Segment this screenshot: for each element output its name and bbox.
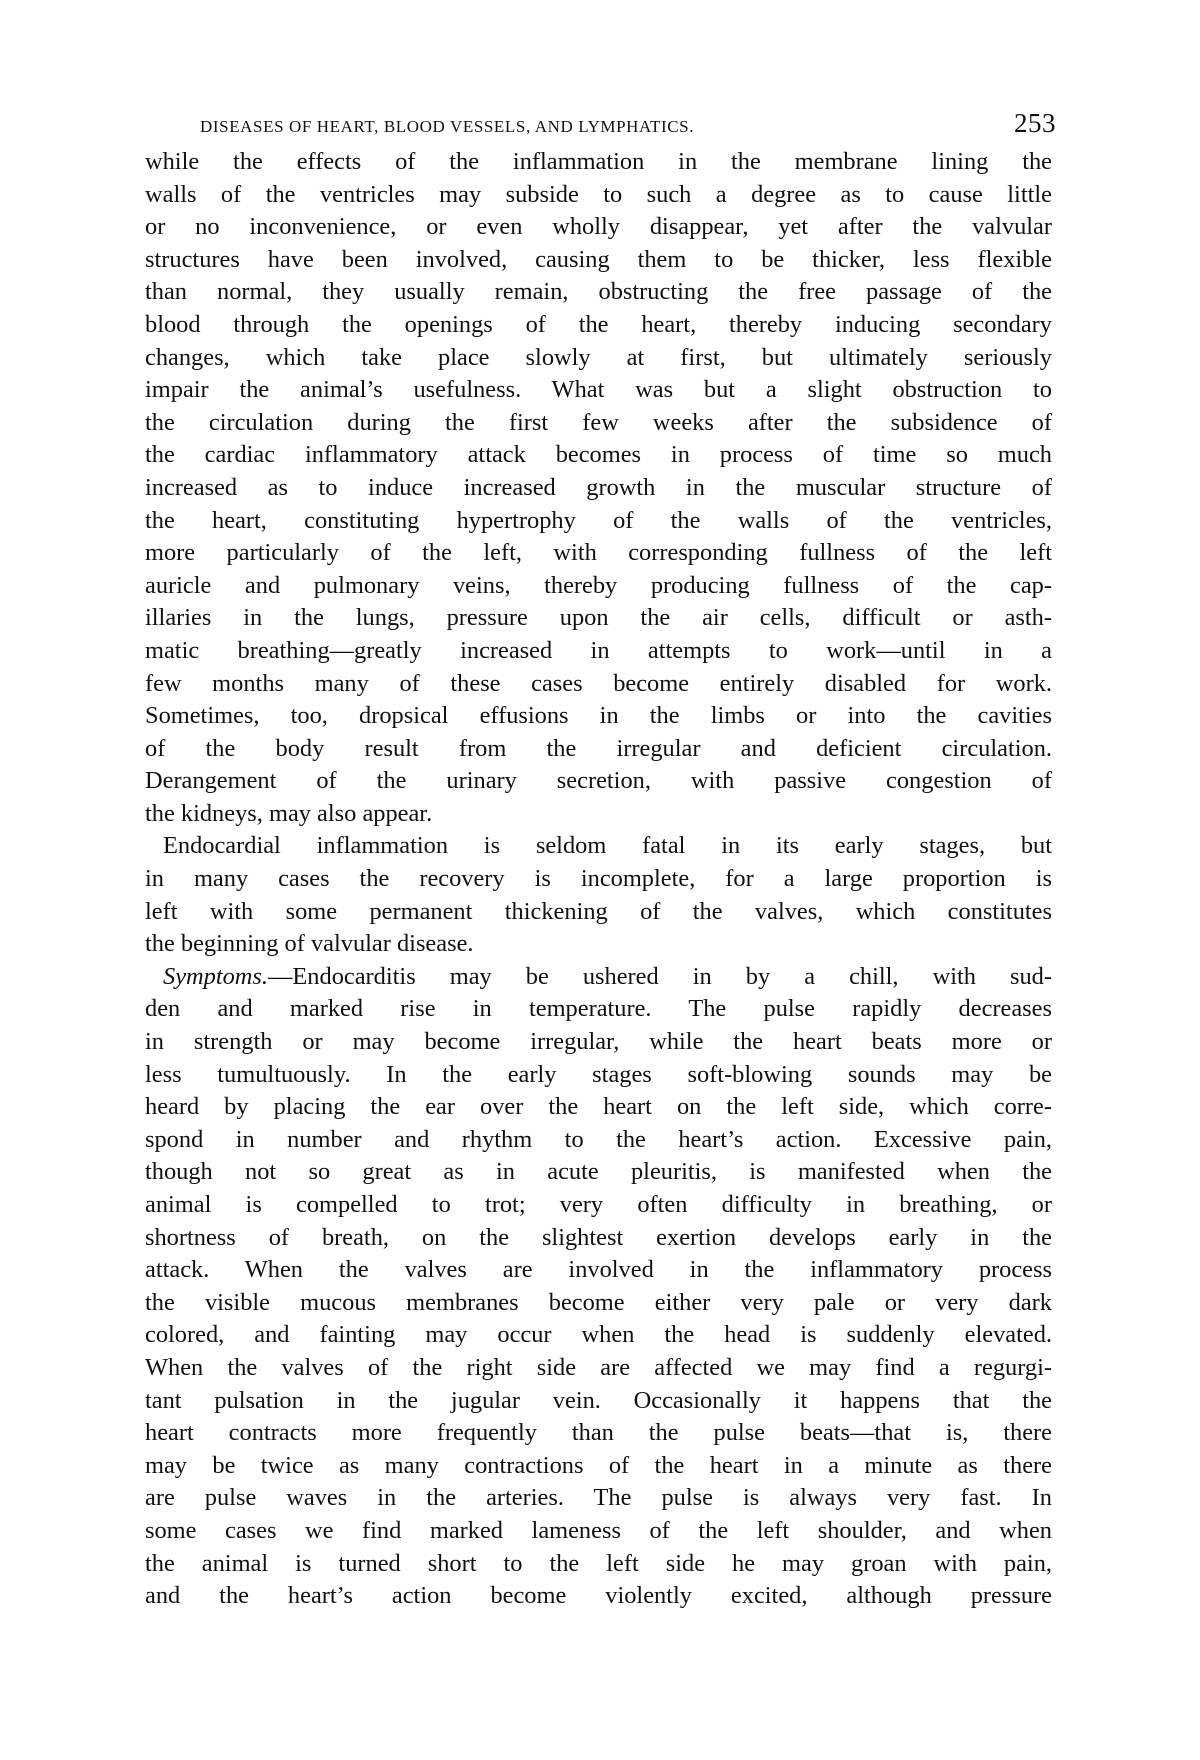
text-line: animal is compelled to trot; very often … bbox=[145, 1189, 1052, 1222]
text-line: structures have been involved, causing t… bbox=[145, 244, 1052, 277]
text-line: of the body result from the irregular an… bbox=[145, 733, 1052, 766]
text-line: left with some permanent thickening of t… bbox=[145, 896, 1052, 929]
text-line: the visible mucous membranes become eith… bbox=[145, 1287, 1052, 1320]
text-fragment: —Endocarditis may be ushered in by a chi… bbox=[268, 963, 1052, 990]
text-line: less tumultuously. In the early stages s… bbox=[145, 1059, 1052, 1092]
text-line: Endocardial inflammation is seldom fatal… bbox=[145, 830, 1052, 863]
text-line: though not so great as in acute pleuriti… bbox=[145, 1156, 1052, 1189]
text-line: heart contracts more frequently than the… bbox=[145, 1417, 1052, 1450]
running-head: DISEASES OF HEART, BLOOD VESSELS, AND LY… bbox=[200, 108, 1056, 142]
text-line: than normal, they usually remain, obstru… bbox=[145, 276, 1052, 309]
book-page: DISEASES OF HEART, BLOOD VESSELS, AND LY… bbox=[0, 0, 1200, 1760]
text-line: while the effects of the inflammation in… bbox=[145, 146, 1052, 179]
text-line: shortness of breath, on the slightest ex… bbox=[145, 1222, 1052, 1255]
body-text: while the effects of the inflammation in… bbox=[145, 146, 1052, 1613]
text-line: the kidneys, may also appear. bbox=[145, 798, 1052, 831]
text-line: matic breathing—greatly increased in att… bbox=[145, 635, 1052, 668]
text-line: colored, and fainting may occur when the… bbox=[145, 1319, 1052, 1352]
text-line: illaries in the lungs, pressure upon the… bbox=[145, 602, 1052, 635]
text-line: may be twice as many contractions of the… bbox=[145, 1450, 1052, 1483]
page-number: 253 bbox=[1014, 108, 1056, 139]
text-line: more particularly of the left, with corr… bbox=[145, 537, 1052, 570]
text-line: in many cases the recovery is incomplete… bbox=[145, 863, 1052, 896]
text-line: auricle and pulmonary veins, thereby pro… bbox=[145, 570, 1052, 603]
text-line: Derangement of the urinary secretion, wi… bbox=[145, 765, 1052, 798]
text-line: the animal is turned short to the left s… bbox=[145, 1548, 1052, 1581]
text-line: heard by placing the ear over the heart … bbox=[145, 1091, 1052, 1124]
text-line: some cases we find marked lameness of th… bbox=[145, 1515, 1052, 1548]
text-line: the beginning of valvular disease. bbox=[145, 928, 1052, 961]
text-line: the circulation during the first few wee… bbox=[145, 407, 1052, 440]
text-line: increased as to induce increased growth … bbox=[145, 472, 1052, 505]
text-line: the cardiac inflammatory attack becomes … bbox=[145, 439, 1052, 472]
symptoms-line: Symptoms.—Endocarditis may be ushered in… bbox=[145, 961, 1052, 994]
text-line: spond in number and rhythm to the heart’… bbox=[145, 1124, 1052, 1157]
text-line: or no inconvenience, or even wholly disa… bbox=[145, 211, 1052, 244]
running-title: DISEASES OF HEART, BLOOD VESSELS, AND LY… bbox=[200, 117, 694, 137]
text-line: the heart, constituting hypertrophy of t… bbox=[145, 505, 1052, 538]
symptoms-heading: Symptoms. bbox=[163, 963, 268, 990]
text-line: tant pulsation in the jugular vein. Occa… bbox=[145, 1385, 1052, 1418]
text-line: When the valves of the right side are af… bbox=[145, 1352, 1052, 1385]
text-line: blood through the openings of the heart,… bbox=[145, 309, 1052, 342]
text-line: and the heart’s action become violently … bbox=[145, 1580, 1052, 1613]
text-line: are pulse waves in the arteries. The pul… bbox=[145, 1482, 1052, 1515]
text-line: few months many of these cases become en… bbox=[145, 668, 1052, 701]
text-line: impair the animal’s usefulness. What was… bbox=[145, 374, 1052, 407]
text-line: walls of the ventricles may subside to s… bbox=[145, 179, 1052, 212]
text-line: changes, which take place slowly at firs… bbox=[145, 342, 1052, 375]
text-line: attack. When the valves are involved in … bbox=[145, 1254, 1052, 1287]
text-line: in strength or may become irregular, whi… bbox=[145, 1026, 1052, 1059]
text-line: den and marked rise in temperature. The … bbox=[145, 993, 1052, 1026]
text-line: Sometimes, too, dropsical effusions in t… bbox=[145, 700, 1052, 733]
